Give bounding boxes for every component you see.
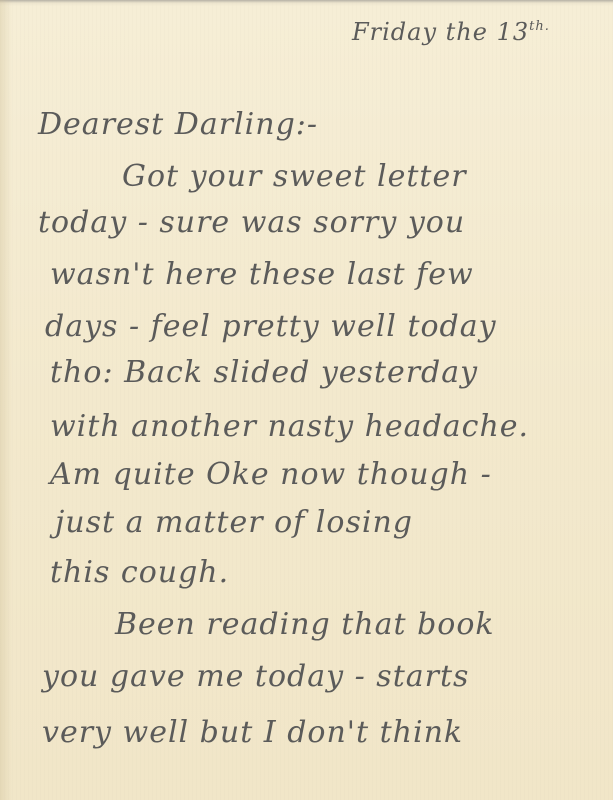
letter-line: tho: Back slided yesterday bbox=[50, 358, 478, 388]
letter-line: wasn't here these last few bbox=[50, 260, 474, 290]
letter-salutation: Dearest Darling:- bbox=[38, 110, 318, 140]
letter-line: this cough. bbox=[50, 558, 229, 588]
letter-line: you gave me today - starts bbox=[42, 662, 469, 692]
letter-line: today - sure was sorry you bbox=[38, 208, 465, 238]
letter-line: with another nasty headache. bbox=[50, 412, 529, 442]
letter-date: Friday the 13th. bbox=[352, 20, 550, 44]
letter-line: just a matter of losing bbox=[55, 508, 413, 538]
letter-line: Got your sweet letter bbox=[122, 162, 467, 192]
letter-line: Been reading that book bbox=[115, 610, 495, 640]
letter-line: days - feel pretty well today bbox=[45, 312, 497, 342]
letter-line: Am quite Oke now though - bbox=[50, 460, 492, 490]
date-text: Friday the 13 bbox=[352, 18, 529, 46]
letter-page: Friday the 13th. Dearest Darling:- Got y… bbox=[0, 0, 613, 800]
letter-line: very well but I don't think bbox=[42, 718, 463, 748]
date-suffix: th. bbox=[529, 19, 550, 34]
